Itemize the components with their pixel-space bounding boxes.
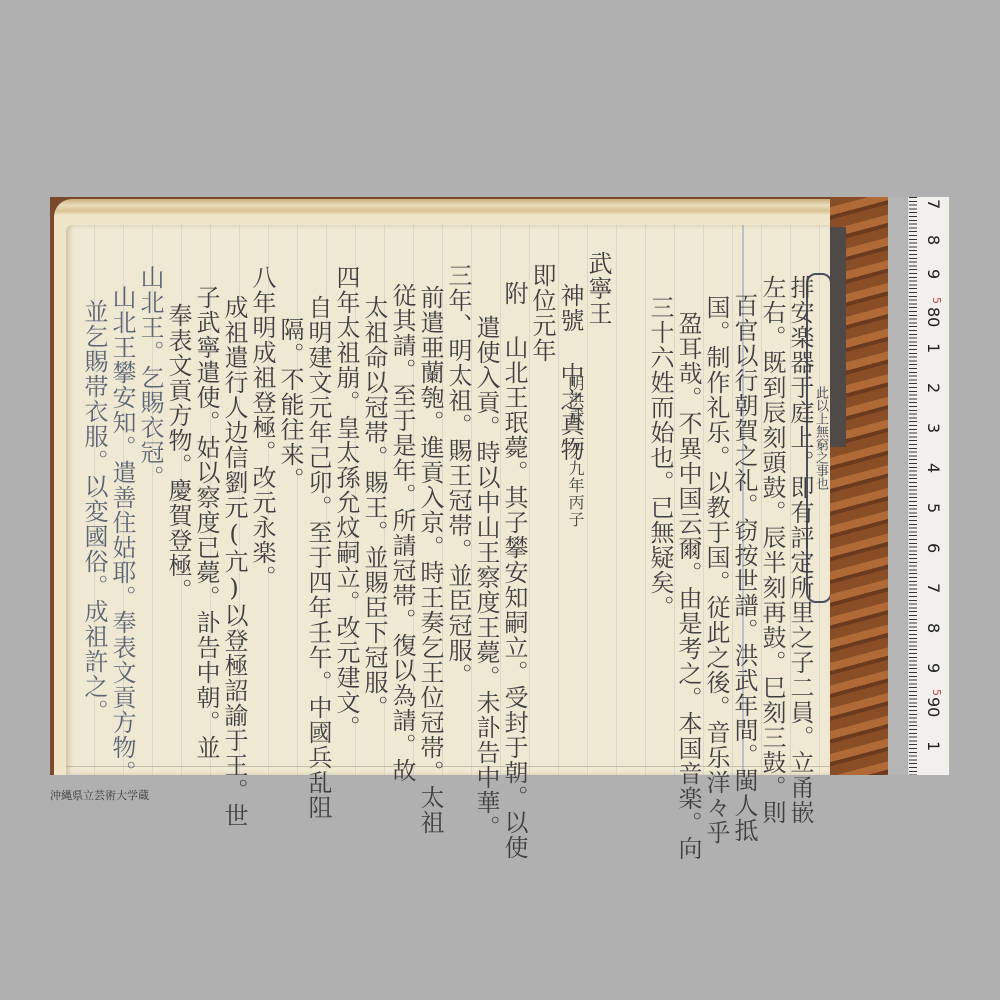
- text-column: 奉表文貢方物。慶賀登極。: [164, 303, 191, 603]
- ruler-number: 9: [924, 663, 943, 673]
- ruler-number: 7: [924, 583, 943, 593]
- manuscript-page: 此以上無窮之事也 排安楽器于庭上。即有評定所里之子二員。立甬嵌左右。既到辰刻頭鼓…: [66, 225, 830, 775]
- text-column: 盈耳哉。不異中国云爾。由是考之。本国音楽。向: [674, 311, 701, 861]
- ruler-number: 2: [924, 383, 943, 393]
- text-column: 成祖遣行人边信劉元(亢)以登極詔諭于王。世: [220, 295, 247, 828]
- text-column: 国。制作礼乐。以教于国。従此之後。音乐洋々乎: [702, 295, 729, 845]
- text-column: 左右。既到辰刻頭鼓。辰半刻再鼓。巳刻三鼓。則: [758, 275, 785, 825]
- text-column: 山北王。乞賜衣冠。: [136, 265, 163, 490]
- ruler-number: 8: [924, 623, 943, 633]
- ruler-number: 6: [924, 543, 943, 553]
- ruler-number: 3: [924, 423, 943, 433]
- ruler-number: 5: [930, 689, 943, 696]
- book: 此以上無窮之事也 排安楽器于庭上。即有評定所里之子二員。立甬嵌左右。既到辰刻頭鼓…: [50, 197, 830, 775]
- text-column: 三十六姓而始也。已無疑矣。: [646, 295, 673, 620]
- text-column: 排安楽器于庭上。即有評定所里之子二員。立甬嵌: [786, 275, 813, 825]
- ruler-number: 1: [924, 343, 943, 353]
- ruler-number: 9: [924, 269, 943, 279]
- spine-shadow: [830, 227, 846, 447]
- text-column: 四年太祖崩。皇太孫允炆嗣立。改元建文。: [332, 265, 359, 740]
- text-column: 遣使入貢。時以中山王察度王薨。未訃告中華。: [472, 315, 499, 840]
- text-column: 即位元年: [528, 263, 555, 363]
- ruler-number: 1: [924, 741, 943, 751]
- text-column: 従其請。至于是年。所請冠帯。復以為請。故: [388, 283, 415, 783]
- text-column: 百官以行朝賀之礼。窃按世譜。洪武年間。閩人抵: [730, 293, 757, 843]
- text-column: 太祖命以冠帯。賜王。並賜臣下冠服。: [360, 295, 387, 720]
- ruler-number: 7: [924, 199, 943, 209]
- collection-caption: 沖縄県立芸術大学蔵: [50, 787, 149, 803]
- ruler-number: 90: [924, 697, 943, 717]
- text-column: 並乞賜帯衣服。以変國俗。成祖許之。: [80, 299, 107, 724]
- ruler-number: 5: [930, 297, 943, 304]
- text-column: 武寧王: [584, 251, 611, 326]
- ruler-number: 8: [924, 235, 943, 245]
- ruler-number: 80: [924, 307, 943, 327]
- text-column: 前遣亜蘭匏。進貢入京。時王奏乞王位冠帯。太祖: [416, 285, 443, 835]
- text-column: 山北王攀安知。遣善住姑耶。奉表文貢方物。: [108, 285, 135, 785]
- ruler-number: 4: [924, 463, 943, 473]
- ruler-number: 5: [924, 503, 943, 513]
- text-column: 三年、明太祖。賜王冠帯。並臣冠服。: [444, 263, 471, 688]
- text-column: 自明建文元年己卯。至于四年壬午。中國兵乱阻: [304, 295, 331, 820]
- measuring-ruler: 7895801234567895901: [908, 197, 949, 775]
- manuscript-photo: 此以上無窮之事也 排安楽器于庭上。即有評定所里之子二員。立甬嵌左右。既到辰刻頭鼓…: [50, 197, 950, 775]
- text-column: 八年明成祖登極。改元永楽。: [248, 265, 275, 590]
- text-column: 子武寧遣使。姑以察度已薨。訃告中朝。並: [192, 285, 219, 760]
- text-column: 附 山北王珉薨。其子攀安知嗣立。受封于朝。以使: [500, 281, 527, 860]
- page-stack: 此以上無窮之事也 排安楽器于庭上。即有評定所里之子二員。立甬嵌左右。既到辰刻頭鼓…: [54, 199, 830, 775]
- text-column: 隔。不能往来。: [276, 317, 303, 492]
- text-column: 明洪武二十九年丙子: [566, 375, 584, 528]
